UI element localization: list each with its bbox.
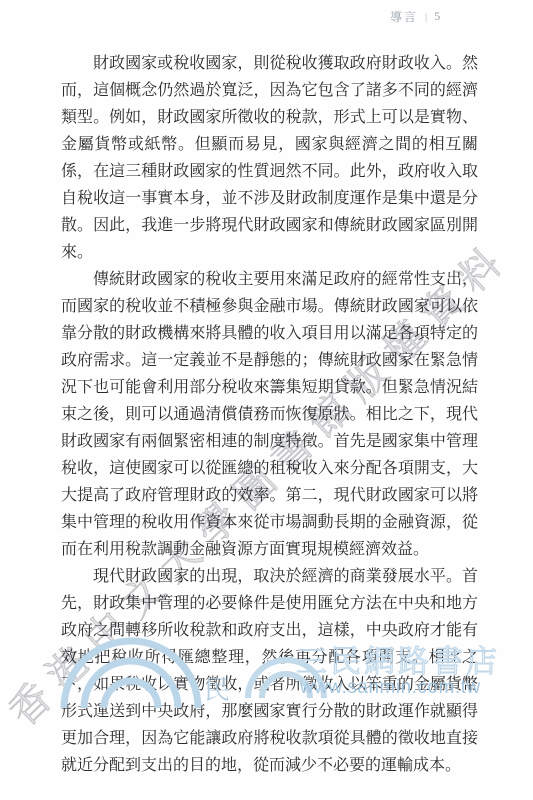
paragraph-2: 傳統財政國家的稅收主要用來滿足政府的經常性支出，而國家的稅收並不積極參與金融市場… [61,266,478,563]
chapter-title: 導言 [390,8,418,25]
page-number: 5 [434,9,440,24]
body-text: 財政國家或稅收國家，則從稅收獲取政府財政收入。然而，這個概念仍然過於寬泛，因為它… [61,50,478,779]
paragraph-1: 財政國家或稅收國家，則從稅收獲取政府財政收入。然而，這個概念仍然過於寬泛，因為它… [61,50,478,266]
book-page: 導言 | 5 香港中文大學圖書館版權資料 財政國家或稅收國家，則從稅收獲取政府財… [0,0,533,800]
running-head: 導言 | 5 [390,8,440,25]
paragraph-3: 現代財政國家的出現，取決於經濟的商業發展水平。首先，財政集中管理的必要條件是使用… [61,563,478,779]
header-divider: | [425,11,427,23]
